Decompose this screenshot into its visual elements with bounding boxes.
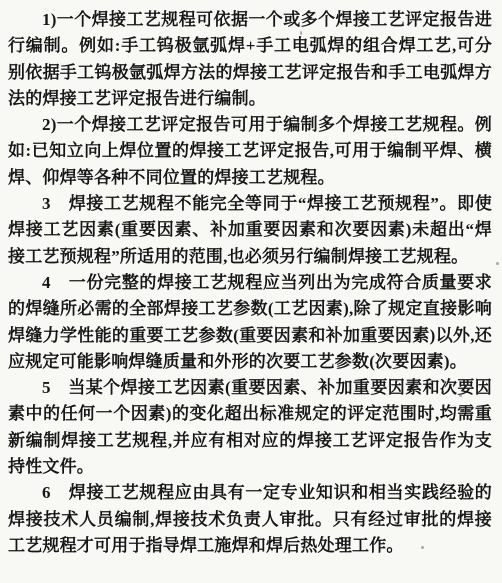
paragraph-section-4: 4 一份完整的焊接工艺规程应当列出为完成符合质量要求的焊缝所必需的全部焊接工艺参…	[8, 270, 492, 375]
paragraph-section-3: 3 焊接工艺规程不能完全等同于“焊接工艺预规程”。即使焊接工艺因素(重要因素、补…	[8, 191, 492, 270]
scan-speck	[421, 546, 424, 549]
paragraph-section-6: 6 焊接工艺规程应由具有一定专业知识和相当实践经验的焊接技术人员编制,焊接技术负…	[8, 480, 492, 559]
document-page: 1)一个焊接工艺规程可依据一个或多个焊接工艺评定报告进行编制。例如:手工钨极氩弧…	[0, 0, 502, 583]
paragraph-list-item-1: 1)一个焊接工艺规程可依据一个或多个焊接工艺评定报告进行编制。例如:手工钨极氩弧…	[8, 7, 492, 112]
scan-speck	[300, 31, 302, 35]
scan-speck	[399, 74, 402, 77]
scan-speck	[459, 394, 462, 397]
paragraph-section-5: 5 当某个焊接工艺因素(重要因素、补加重要因素和次要因素中的任何一个因素)的变化…	[8, 375, 492, 480]
paragraph-list-item-2: 2)一个焊接工艺评定报告可用于编制多个焊接工艺规程。例如:已知立向上焊位置的焊接…	[8, 112, 492, 191]
scan-speck	[496, 262, 499, 265]
